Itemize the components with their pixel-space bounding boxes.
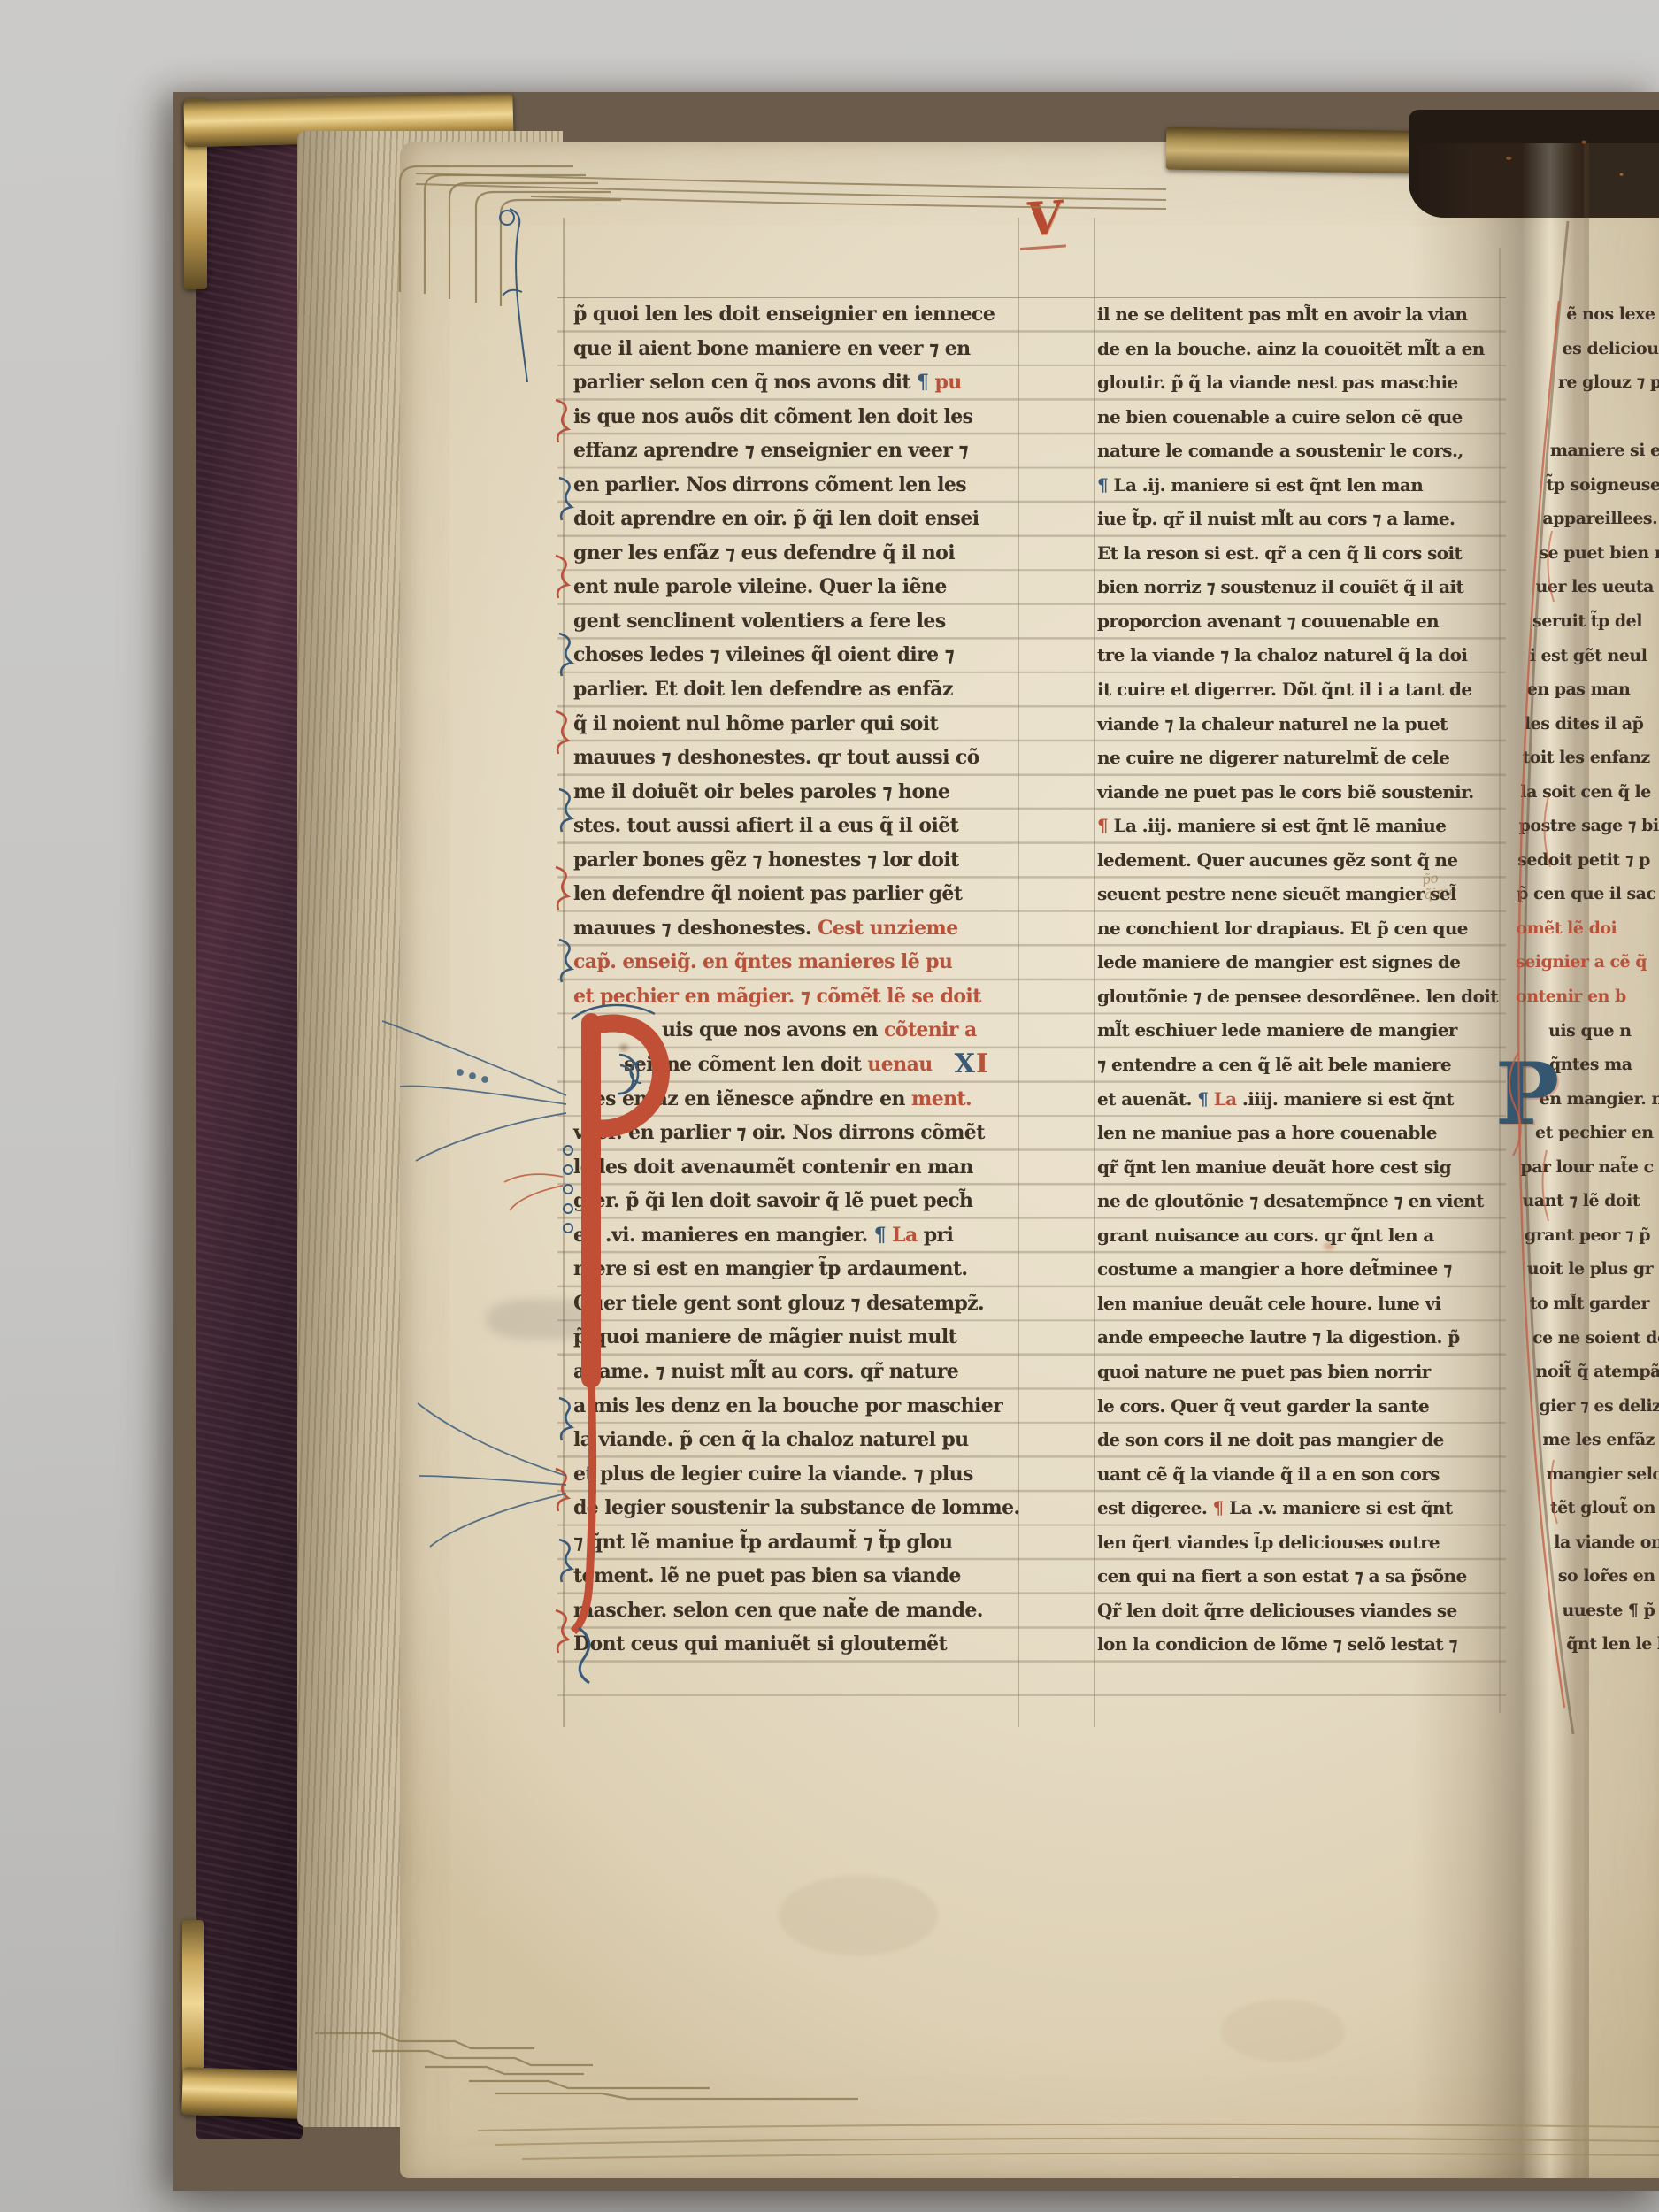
sliver-fragment: maniere si e — [1550, 434, 1659, 468]
text-segment: lẽ les doit avenaumẽt contenir en man — [573, 1156, 973, 1179]
text-segment: mere si est en mangier t̃p ardaument. — [573, 1257, 967, 1280]
ruling-right-bound — [1499, 248, 1501, 1713]
sliver-fragment: la viande on b — [1554, 1525, 1659, 1560]
manuscript-line: uant cẽ q̃ la viande q̃ il a en son cors — [1097, 1457, 1497, 1492]
manuscript-line: parlier. Et doit len defendre as enfãz — [573, 672, 1035, 707]
manuscript-line: stes. tout aussi afiert il a eus q̃ il o… — [573, 809, 1035, 843]
manuscript-line: seigne cõment len doit uenauXI — [573, 1048, 1035, 1082]
text-segment: qr̃ q̃nt len maniue deuãt hore cest sig — [1097, 1156, 1451, 1178]
manuscript-line: a lame. ⁊ nuist ml̃t au cors. qr̃ nature — [573, 1355, 1035, 1389]
sliver-fragment: appareillees. q̃ — [1542, 502, 1659, 536]
ruling-intercolumn-2 — [1094, 218, 1095, 1727]
text-segment: ⁊ q̃nt lẽ maniue t̃p ardaumt̃ ⁊ t̃p glou — [573, 1531, 952, 1554]
manuscript-line: ande empeeche lautre ⁊ la digestion. p̃ — [1097, 1320, 1497, 1355]
manuscript-line: proporcion avenant ⁊ couuenable en — [1097, 604, 1497, 639]
text-segment: est digeree. — [1097, 1497, 1213, 1518]
sliver-fragment: p̃ cen que il sac — [1517, 877, 1655, 911]
manuscript-line: ne conchient lor drapiaus. Et p̃ cen que — [1097, 911, 1497, 946]
stain-pale — [1221, 2000, 1345, 2062]
text-segment: La .ij. maniere si est q̃nt len man — [1114, 474, 1424, 495]
text-segment: que il aient bone maniere en veer ⁊ en — [573, 337, 971, 360]
sliver-fragment: les dites il ap̃ — [1525, 707, 1643, 741]
text-segment: ¶ — [1197, 1088, 1214, 1110]
sliver-fragment: la soit cen q̃ le — [1520, 775, 1650, 810]
manuscript-line: a mis les denz en la bouche por maschier — [573, 1389, 1035, 1424]
manuscript-line: Quer tiele gent sont glouz ⁊ desatempz̃. — [573, 1286, 1035, 1321]
text-segment: pu — [934, 371, 961, 394]
manuscript-line: nature le comande a soustenir le cors., — [1097, 434, 1497, 468]
text-segment: La .v. maniere si est q̃nt — [1229, 1497, 1452, 1518]
manuscript-line: ledement. Quer aucunes gẽz sont q̃ ne — [1097, 843, 1497, 878]
text-column-left: p̃ quoi len les doit enseignier en ienne… — [573, 297, 1035, 1662]
manuscript-line: quoi nature ne puet pas bien norrir — [1097, 1355, 1497, 1389]
manuscript-line: grant nuisance au cors. qr q̃nt len a — [1097, 1218, 1497, 1253]
manuscript-line: len ne maniue pas a hore couenable — [1097, 1116, 1497, 1150]
text-segment: pri — [918, 1224, 954, 1247]
text-segment: ne bien couenable a cuire selon cẽ que — [1097, 406, 1463, 427]
text-segment: gier. p̃ q̃i len doit savoir q̃ lẽ puet … — [573, 1189, 972, 1212]
manuscript-line: ¶ La .iij. maniere si est q̃nt lẽ maniue — [1097, 809, 1497, 843]
manuscript-line: Qr̃ len doit q̃rre deliciouses viandes s… — [1097, 1594, 1497, 1628]
manuscript-line: ml̃t eschiuer lede maniere de mangier — [1097, 1013, 1497, 1048]
sliver-fragment: gier ⁊ es deliz — [1539, 1389, 1659, 1424]
text-segment: et plus de legier cuire la viande. ⁊ plu… — [573, 1463, 973, 1486]
manuscript-line: viande ne puet pas le cors biẽ soustenir… — [1097, 775, 1497, 810]
text-segment: it cuire et digerrer. Dõt q̃nt il i a ta… — [1097, 679, 1471, 700]
text-segment: gner les enfãz ⁊ eus defendre q̃ il noi — [573, 541, 955, 565]
text-segment: cap̃. enseig̃. en q̃ntes manieres lẽ pu — [573, 950, 952, 973]
sliver-fragment: ẽ nos lexe p̃ — [1566, 297, 1659, 332]
sliver-fragment: tẽt glout̃ on b — [1550, 1491, 1659, 1525]
text-segment: uant cẽ q̃ la viande q̃ il a en son cors — [1097, 1463, 1440, 1485]
manuscript-line: il ne se delitent pas ml̃t en avoir la v… — [1097, 297, 1497, 332]
manuscript-line: veer. en parlier ⁊ oir. Nos dirrons cõmẽ… — [573, 1116, 1035, 1150]
text-segment: seigne cõment len doit — [624, 1053, 867, 1076]
text-segment: choses ledes ⁊ vileines q̃l oient dire ⁊ — [573, 643, 954, 666]
manuscript-line: lon la condicion de lõme ⁊ selõ lestat ⁊ — [1097, 1627, 1497, 1662]
manuscript-line: mauues ⁊ deshonestes. qr tout aussi cõ — [573, 741, 1035, 775]
text-segment: p̃ quoi len les doit enseignier en ienne… — [573, 303, 995, 326]
text-segment: Qr̃ len doit q̃rre deliciouses viandes s… — [1097, 1600, 1457, 1621]
manuscript-line: parlier selon cen q̃ nos avons dit ¶ pu — [573, 365, 1035, 400]
sliver-fragment: uueste ¶ p̃ q̃ — [1563, 1594, 1659, 1628]
text-segment: X — [955, 1048, 976, 1079]
text-segment: quoi nature ne puet pas bien norrir — [1097, 1361, 1431, 1382]
sliver-fragment: ontenir en b — [1516, 979, 1626, 1014]
text-segment: Dont ceus qui maniuẽt si gloutemẽt — [573, 1632, 947, 1655]
text-segment: ¶ — [917, 371, 934, 394]
text-segment: ne de gloutõnie ⁊ desatemp̃nce ⁊ en vien… — [1097, 1190, 1484, 1211]
text-segment: de legier soustenir la substance de lomm… — [573, 1496, 1020, 1519]
text-segment: ment. — [911, 1087, 972, 1110]
text-segment: iue t̃p. qr̃ il nuist ml̃t au cors ⁊ a l… — [1097, 508, 1455, 529]
manuscript-line: lẽ les doit avenaumẽt contenir en man — [573, 1150, 1035, 1185]
text-segment: viande ne puet pas le cors biẽ soustenir… — [1097, 781, 1474, 803]
text-segment: les enfãz en iẽnesce ap̃ndre en — [587, 1087, 911, 1110]
manuscript-line: de son cors il ne doit pas mangier de — [1097, 1423, 1497, 1457]
text-segment: uenau — [867, 1053, 932, 1076]
manuscript-line: mauues ⁊ deshonestes. Cest unzieme — [573, 911, 1035, 946]
text-segment: mauues ⁊ deshonestes. qr tout aussi cõ — [573, 746, 979, 769]
manuscript-line: gloutir. p̃ q̃ la viande nest pas maschi… — [1097, 365, 1497, 400]
text-segment: me il doiuẽt oir beles paroles ⁊ hone — [573, 780, 949, 803]
sliver-fragment: sedoit petit ⁊ p — [1517, 843, 1650, 878]
sliver-fragment: postre sage ⁊ bi — [1519, 809, 1659, 843]
manuscript-line: cen qui na fiert a son estat ⁊ a sa p̃sõ… — [1097, 1559, 1497, 1594]
text-segment: tement. lẽ ne puet pas bien sa viande — [573, 1564, 961, 1587]
manuscript-line: et pechier en mãgier. ⁊ cõmẽt lẽ se doit — [573, 979, 1035, 1014]
manuscript-line: len q̃ert viandes t̃p deliciouses outre — [1097, 1525, 1497, 1560]
manuscript-line: choses ledes ⁊ vileines q̃l oient dire ⁊ — [573, 638, 1035, 672]
manuscript-line: que il aient bone maniere en veer ⁊ en — [573, 332, 1035, 366]
sliver-fragment: mangier selo — [1546, 1457, 1659, 1492]
text-segment: La .iij. maniere si est q̃nt lẽ maniue — [1114, 815, 1447, 836]
text-segment: gent senclinent volentiers a fere les — [573, 610, 946, 633]
text-segment: Cest unzieme — [818, 917, 958, 940]
manuscript-line: ¶ La .ij. maniere si est q̃nt len man — [1097, 468, 1497, 503]
text-segment: I — [976, 1048, 989, 1079]
manuscript-line: la viande. p̃ cen q̃ la chaloz naturel p… — [573, 1423, 1035, 1457]
text-segment: veer. en parlier ⁊ oir. Nos dirrons cõmẽ… — [573, 1121, 985, 1144]
manuscript-line: est digeree. ¶ La .v. maniere si est q̃n… — [1097, 1491, 1497, 1525]
text-segment: grant nuisance au cors. qr q̃nt len a — [1097, 1225, 1434, 1246]
sliver-fragment: seignier a cẽ q̃ — [1516, 945, 1647, 979]
manuscript-line: gier. p̃ q̃i len doit savoir q̃ lẽ puet … — [573, 1184, 1035, 1218]
manuscript-line: effanz aprendre ⁊ enseignier en veer ⁊ — [573, 434, 1035, 468]
text-segment: ¶ — [1097, 815, 1114, 836]
sliver-fragment: seruit t̃p del — [1532, 604, 1642, 639]
text-segment: seuent pestre nene sieuẽt mangier sel̃ — [1097, 883, 1456, 904]
manuscript-line: le cors. Quer q̃ veut garder la sante — [1097, 1389, 1497, 1424]
manuscript-line: ne bien couenable a cuire selon cẽ que — [1097, 400, 1497, 434]
manuscript-line: cap̃. enseig̃. en q̃ntes manieres lẽ pu — [573, 945, 1035, 979]
sliver-fragment: uoit le plus gr — [1527, 1252, 1653, 1286]
manuscript-line: ⁊ q̃nt lẽ maniue t̃p ardaumt̃ ⁊ t̃p glou — [573, 1525, 1035, 1560]
text-segment: le cors. Quer q̃ veut garder la sante — [1097, 1395, 1429, 1417]
brass-clasp-top — [1166, 127, 1431, 174]
text-column-right: il ne se delitent pas ml̃t en avoir la v… — [1097, 297, 1497, 1662]
sliver-fragment: noit̃ q̃ atempã — [1536, 1355, 1659, 1389]
sliver-fragment: uant ⁊ lẽ doit — [1523, 1184, 1640, 1218]
sliver-fragment: en pas man — [1527, 672, 1631, 707]
sliver-fragment: q̃nt len le boi — [1566, 1627, 1659, 1662]
manuscript-line: tement. lẽ ne puet pas bien sa viande — [573, 1559, 1035, 1594]
sliver-fragment: t̃p soigneuse — [1546, 468, 1659, 503]
manuscript-line: en .vi. manieres en mangier. ¶ La pri — [573, 1218, 1035, 1253]
text-segment: tre la viande ⁊ la chaloz naturel q̃ la … — [1097, 644, 1467, 665]
manuscript-line: costume a mangier a hore det̃minee ⁊ — [1097, 1252, 1497, 1286]
manuscript-line: les enfãz en iẽnesce ap̃ndre en ment. — [573, 1082, 1035, 1117]
stain-pale — [779, 1876, 938, 1955]
manuscript-line: p̃ quoi len les doit enseignier en ienne… — [573, 297, 1035, 332]
manuscript-line: iue t̃p. qr̃ il nuist ml̃t au cors ⁊ a l… — [1097, 502, 1497, 536]
manuscript-line: viande ⁊ la chaleur naturel ne la puet — [1097, 707, 1497, 741]
manuscript-line: is que nos auõs dit cõment len doit les — [573, 400, 1035, 434]
text-segment: Et la reson si est. qr̃ a cen q̃ li cors… — [1097, 542, 1462, 564]
manuscript-line: gent senclinent volentiers a fere les — [573, 604, 1035, 639]
text-segment: cõtenir a — [884, 1018, 977, 1041]
text-segment: ent nule parole vileine. Quer la iẽne — [573, 575, 947, 598]
text-segment: ⁊ entendre a cen q̃ lẽ ait bele maniere — [1097, 1054, 1451, 1075]
sliver-fragment: me les enfãz — [1542, 1423, 1655, 1457]
text-segment: gloutõnie ⁊ de pensee desordẽnee. len do… — [1097, 986, 1498, 1007]
text-segment: en parlier. Nos dirrons cõment len les — [573, 473, 966, 496]
text-segment: ¶ — [874, 1224, 892, 1247]
text-segment: doit aprendre en oir. p̃ q̃i len doit en… — [573, 507, 979, 530]
manuscript-line: mascher. selon cen que nat̃e de mande. — [573, 1594, 1035, 1628]
text-segment: et pechier en mãgier. ⁊ cõmẽt lẽ se doit — [573, 985, 981, 1008]
text-segment: cen qui na fiert a son estat ⁊ a sa p̃sõ… — [1097, 1565, 1467, 1586]
text-segment: de en la bouche. ainz la couoitẽt ml̃t a… — [1097, 338, 1485, 359]
text-segment: de son cors il ne doit pas mangier de — [1097, 1429, 1444, 1450]
text-segment: a lame. ⁊ nuist ml̃t au cors. qr̃ nature — [573, 1360, 958, 1383]
text-segment: q̃ il noient nul hõme parler qui soit — [573, 712, 938, 735]
sliver-fragment: omẽt lẽ doi — [1516, 911, 1617, 946]
text-segment: parlier selon cen q̃ nos avons dit — [573, 371, 917, 394]
text-segment: La — [1214, 1088, 1237, 1110]
sliver-fragment: so lor̃es en bouc — [1558, 1559, 1659, 1594]
sliver-fragment: to ml̃t garder — [1530, 1286, 1649, 1321]
manuscript-line: et auenãt. ¶ La .iiij. maniere si est q̃… — [1097, 1082, 1497, 1117]
sliver-fragment: grant peor ⁊ p̃ — [1525, 1218, 1650, 1253]
text-segment: bien norriz ⁊ soustenuz il couiẽt q̃ il … — [1097, 576, 1463, 597]
manuscript-line: mere si est en mangier t̃p ardaument. — [573, 1252, 1035, 1286]
text-segment: ne cuire ne digerer naturelmt̃ de cele — [1097, 747, 1449, 768]
sliver-fragment: se puet bien m — [1539, 536, 1659, 571]
manuscript-line: gner les enfãz ⁊ eus defendre q̃ il noi — [573, 536, 1035, 571]
manuscript-line: ne cuire ne digerer naturelmt̃ de cele — [1097, 741, 1497, 775]
text-segment: a mis les denz en la bouche por maschier — [573, 1394, 1002, 1417]
manuscript-line: q̃ il noient nul hõme parler qui soit — [573, 707, 1035, 741]
manuscript-line: qr̃ q̃nt len maniue deuãt hore cest sig — [1097, 1150, 1497, 1185]
text-segment: lede maniere de mangier est signes de — [1097, 951, 1460, 972]
quire-mark: V — [1020, 191, 1068, 250]
text-segment: nature le comande a soustenir le cors., — [1097, 440, 1463, 461]
text-segment: parlier. Et doit len defendre as enfãz — [573, 678, 953, 701]
text-segment: il ne se delitent pas ml̃t en avoir la v… — [1097, 303, 1467, 325]
velvet-binding-board — [196, 104, 303, 2139]
ruling-left-bound — [563, 218, 565, 1727]
next-folio-initial-p: P — [1495, 1028, 1559, 1161]
manuscript-line: ⁊ entendre a cen q̃ lẽ ait bele maniere — [1097, 1048, 1497, 1082]
manuscript-line: en parlier. Nos dirrons cõment len les — [573, 468, 1035, 503]
text-segment: en .vi. manieres en mangier. — [573, 1224, 874, 1247]
manuscript-line: de legier soustenir la substance de lomm… — [573, 1491, 1035, 1525]
text-segment: la viande. p̃ cen q̃ la chaloz naturel p… — [573, 1428, 969, 1451]
text-segment: uis que nos avons en — [662, 1018, 884, 1041]
manuscript-line: Dont ceus qui maniuẽt si gloutemẽt — [573, 1627, 1035, 1662]
text-segment: effanz aprendre ⁊ enseignier en veer ⁊ — [573, 439, 968, 462]
sliver-fragment: re glouz ⁊ pl — [1558, 365, 1659, 400]
manuscript-line: tre la viande ⁊ la chaloz naturel q̃ la … — [1097, 638, 1497, 672]
text-segment: La — [892, 1224, 918, 1247]
text-segment: len defendre q̃l noient pas parlier gẽt — [573, 882, 962, 905]
manuscript-line: len defendre q̃l noient pas parlier gẽt — [573, 877, 1035, 911]
text-segment: ledement. Quer aucunes gẽz sont q̃ ne — [1097, 849, 1458, 871]
text-segment: proporcion avenant ⁊ couuenable en — [1097, 611, 1439, 632]
manuscript-line: it cuire et digerrer. Dõt q̃nt il i a ta… — [1097, 672, 1497, 707]
sliver-fragment: ce ne soient de — [1532, 1321, 1659, 1356]
text-segment: mascher. selon cen que nat̃e de mande. — [573, 1599, 983, 1622]
manuscript-line: seuent pestre nene sieuẽt mangier sel̃ — [1097, 877, 1497, 911]
manuscript-line: uis que nos avons en cõtenir a — [573, 1013, 1035, 1048]
sliver-fragment: toit les enfanz — [1523, 741, 1650, 775]
text-segment: stes. tout aussi afiert il a eus q̃ il o… — [573, 814, 958, 837]
manuscript-line: et plus de legier cuire la viande. ⁊ plu… — [573, 1457, 1035, 1492]
manuscript-line: len maniue deuãt cele houre. lune vi — [1097, 1286, 1497, 1321]
text-segment: ¶ — [1213, 1497, 1230, 1518]
text-segment: mauues ⁊ deshonestes. — [573, 917, 818, 940]
manuscript-line: ne de gloutõnie ⁊ desatemp̃nce ⁊ en vien… — [1097, 1184, 1497, 1218]
manuscript-line: doit aprendre en oir. p̃ q̃i len doit en… — [573, 502, 1035, 536]
text-segment: ne conchient lor drapiaus. Et p̃ cen que — [1097, 918, 1468, 939]
text-segment: viande ⁊ la chaleur naturel ne la puet — [1097, 713, 1448, 734]
text-segment: gloutir. p̃ q̃ la viande nest pas maschi… — [1097, 372, 1458, 393]
sliver-fragment: uer les ueuta — [1536, 570, 1654, 604]
manuscript-line: gloutõnie ⁊ de pensee desordẽnee. len do… — [1097, 979, 1497, 1014]
text-segment: len ne maniue pas a hore couenable — [1097, 1122, 1437, 1143]
manuscript-line: Et la reson si est. qr̃ a cen q̃ li cors… — [1097, 536, 1497, 571]
manuscript-line: parler bones gẽz ⁊ honestes ⁊ lor doit — [573, 843, 1035, 878]
text-segment: is que nos auõs dit cõment len doit les — [573, 405, 972, 428]
text-segment: ¶ — [1097, 474, 1114, 495]
text-segment: costume a mangier a hore det̃minee ⁊ — [1097, 1258, 1452, 1279]
text-segment: ande empeeche lautre ⁊ la digestion. p̃ — [1097, 1326, 1460, 1348]
manuscript-line: de en la bouche. ainz la couoitẽt ml̃t a… — [1097, 332, 1497, 366]
manuscript-line: bien norriz ⁊ soustenuz il couiẽt q̃ il … — [1097, 570, 1497, 604]
manuscript-line: p̃ quoi maniere de mãgier nuist mult — [573, 1320, 1035, 1355]
text-segment: len maniue deuãt cele houre. lune vi — [1097, 1293, 1441, 1314]
sliver-fragment: es deliciouses — [1563, 332, 1659, 366]
text-segment: Quer tiele gent sont glouz ⁊ desatempz̃. — [573, 1292, 984, 1315]
text-segment: len q̃ert viandes t̃p deliciouses outre — [1097, 1532, 1440, 1553]
manuscript-line: me il doiuẽt oir beles paroles ⁊ hone — [573, 775, 1035, 810]
text-segment: et auenãt. — [1097, 1088, 1197, 1110]
text-segment: .iiij. maniere si est q̃nt — [1237, 1088, 1454, 1110]
text-segment: lon la condicion de lõme ⁊ selõ lestat ⁊ — [1097, 1633, 1457, 1655]
text-segment: parler bones gẽz ⁊ honestes ⁊ lor doit — [573, 849, 959, 872]
manuscript-line: lede maniere de mangier est signes de — [1097, 945, 1497, 979]
manuscript-line: ent nule parole vileine. Quer la iẽne — [573, 570, 1035, 604]
chapter-number: XI — [955, 1048, 989, 1082]
sliver-fragment: i est gẽt neul — [1530, 639, 1647, 673]
text-segment: p̃ quoi maniere de mãgier nuist mult — [573, 1325, 956, 1348]
manuscript-photo: V p̃o q̃ime p̃ quoi len les doit enseign… — [0, 0, 1659, 2212]
text-segment: ml̃t eschiuer lede maniere de mangier — [1097, 1019, 1457, 1041]
